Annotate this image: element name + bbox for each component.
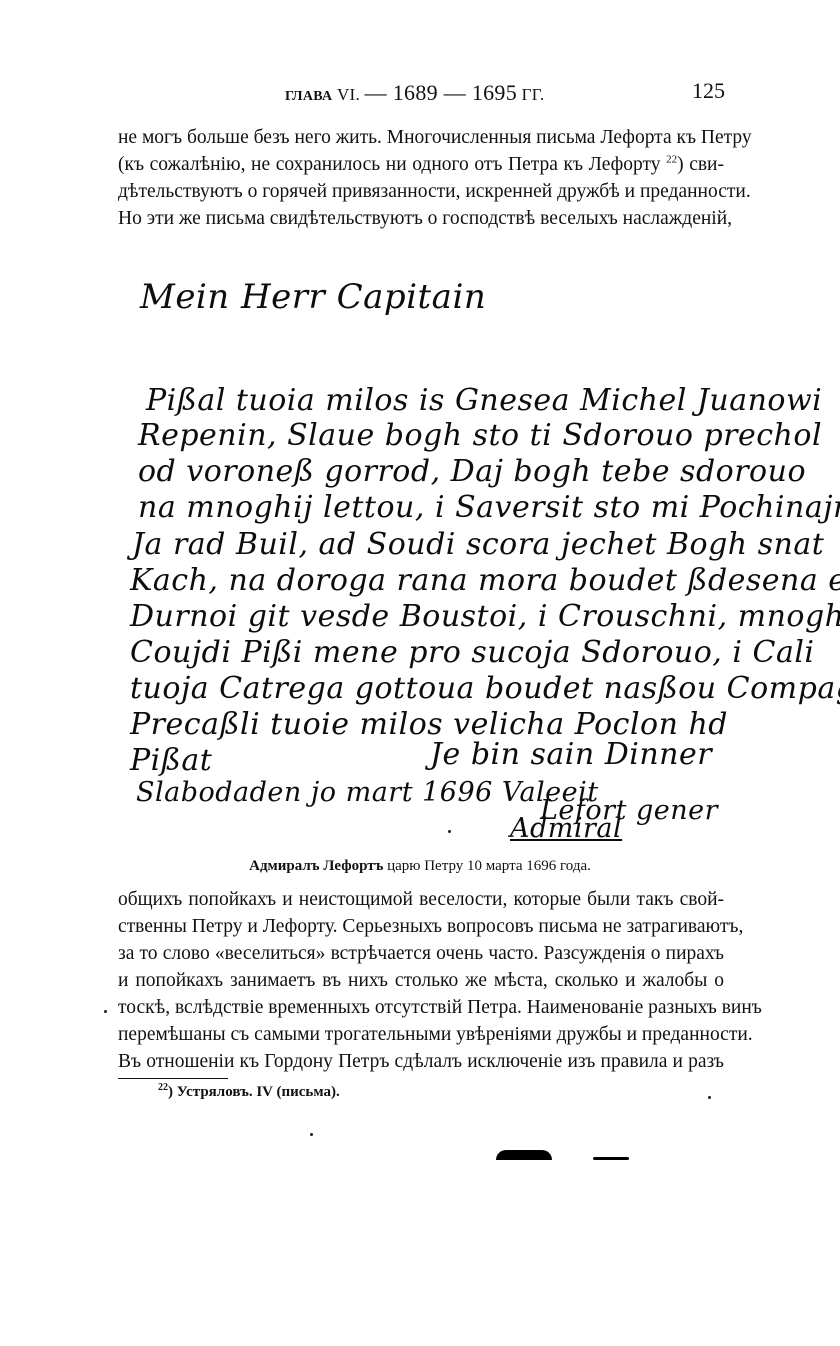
text-line-part: (къ сожалѣнію, не сохранилось ни одного … [118, 154, 661, 175]
page-number: 125 [692, 78, 725, 104]
text-line: (къ сожалѣнію, не сохранилось ни одного … [118, 151, 724, 178]
running-header: ГЛАВА VI. — 1689 — 1695 ГГ. 125 [285, 80, 725, 110]
letter-line: Slabodaden jo mart 1696 Valeeit [136, 777, 599, 808]
footnote-reference: 22 [666, 154, 677, 166]
text-line: Но эти же письма свидѣтельствуютъ о госп… [118, 205, 724, 232]
text-line: ственны Петру и Лефорту. Серьезныхъ вопр… [118, 913, 724, 940]
letter-closing: Je bin sain Dinner [430, 737, 712, 772]
letter-line: Pißal tuoia milos is Gnesea Michel Juano… [146, 383, 822, 418]
letter-line: na mnoghij lettou, i Saversit sto mi Poc… [138, 490, 840, 525]
footnote-number: 22 [158, 1082, 168, 1093]
chapter-number: VI. [337, 85, 360, 104]
text-line: не могъ больше безъ него жить. Многочисл… [118, 124, 724, 151]
footnote-divider [118, 1078, 228, 1079]
year-suffix: ГГ. [522, 85, 545, 104]
letter-line: Ja rad Buil, ad Soudi scora jechet Bogh … [132, 527, 824, 562]
body-paragraph-top: не могъ больше безъ него жить. Многочисл… [118, 124, 724, 232]
letter-line: Kach, na doroga rana mora boudet ßdesena… [130, 563, 840, 598]
text-line: за то слово «веселиться» встрѣчается оче… [118, 940, 724, 967]
text-line-part: ) сви- [677, 154, 724, 175]
scan-speck [104, 1010, 107, 1013]
figure-caption: Адмиралъ Лефортъ царю Петру 10 марта 169… [0, 858, 840, 875]
text-line: общихъ попойкахъ и неистощимой веселости… [118, 886, 724, 913]
chapter-label: ГЛАВА [285, 89, 332, 104]
footnote: 22) Устряловъ. IV (письма). [158, 1082, 340, 1101]
text-line: и попойкахъ занимаетъ въ нихъ столько же… [118, 967, 724, 994]
text-line: тоскѣ, вслѣдствіе временныхъ отсутствій … [118, 994, 724, 1021]
text-line: перемѣшаны съ самыми трогательными увѣре… [118, 1021, 724, 1048]
year-range: — 1689 — 1695 [365, 80, 517, 105]
letter-line: od voroneß gorrod, Daj bogh tebe sdorouo [138, 454, 806, 489]
letter-line: Durnoi git vesde Boustoi, i Crouschni, m… [130, 599, 840, 634]
manuscript-letter-facsimile: Mein Herr Capitain Pißal tuoia milos is … [130, 265, 730, 845]
letter-signature-title: Admiral [510, 813, 622, 844]
scan-speck [708, 1096, 711, 1099]
chapter-heading: ГЛАВА VI. — 1689 — 1695 ГГ. [285, 80, 544, 106]
text-line: дѣтельствуютъ о горячей привязанности, и… [118, 178, 724, 205]
scan-artifact [593, 1157, 629, 1160]
scan-artifact [496, 1150, 552, 1160]
caption-bold: Адмиралъ Лефортъ [249, 858, 383, 874]
scan-speck [448, 830, 451, 833]
letter-line: Pißat [130, 743, 212, 778]
body-paragraph-bottom: общихъ попойкахъ и неистощимой веселости… [118, 886, 724, 1075]
letter-line: Repenin, Slaue bogh sto ti Sdorouo prech… [138, 418, 822, 453]
scan-speck [310, 1133, 313, 1136]
letter-greeting: Mein Herr Capitain [140, 277, 486, 317]
footnote-text: ) Устряловъ. IV (письма). [168, 1084, 340, 1100]
letter-line: Coujdi Pißi mene pro sucoja Sdorouo, i C… [130, 635, 815, 670]
caption-text: царю Петру 10 марта 1696 года. [383, 858, 591, 874]
letter-line: tuoja Catrega gottoua boudet nasßou Comp… [130, 671, 840, 706]
text-line: Въ отношеніи къ Гордону Петръ сдѣлалъ ис… [118, 1048, 724, 1075]
